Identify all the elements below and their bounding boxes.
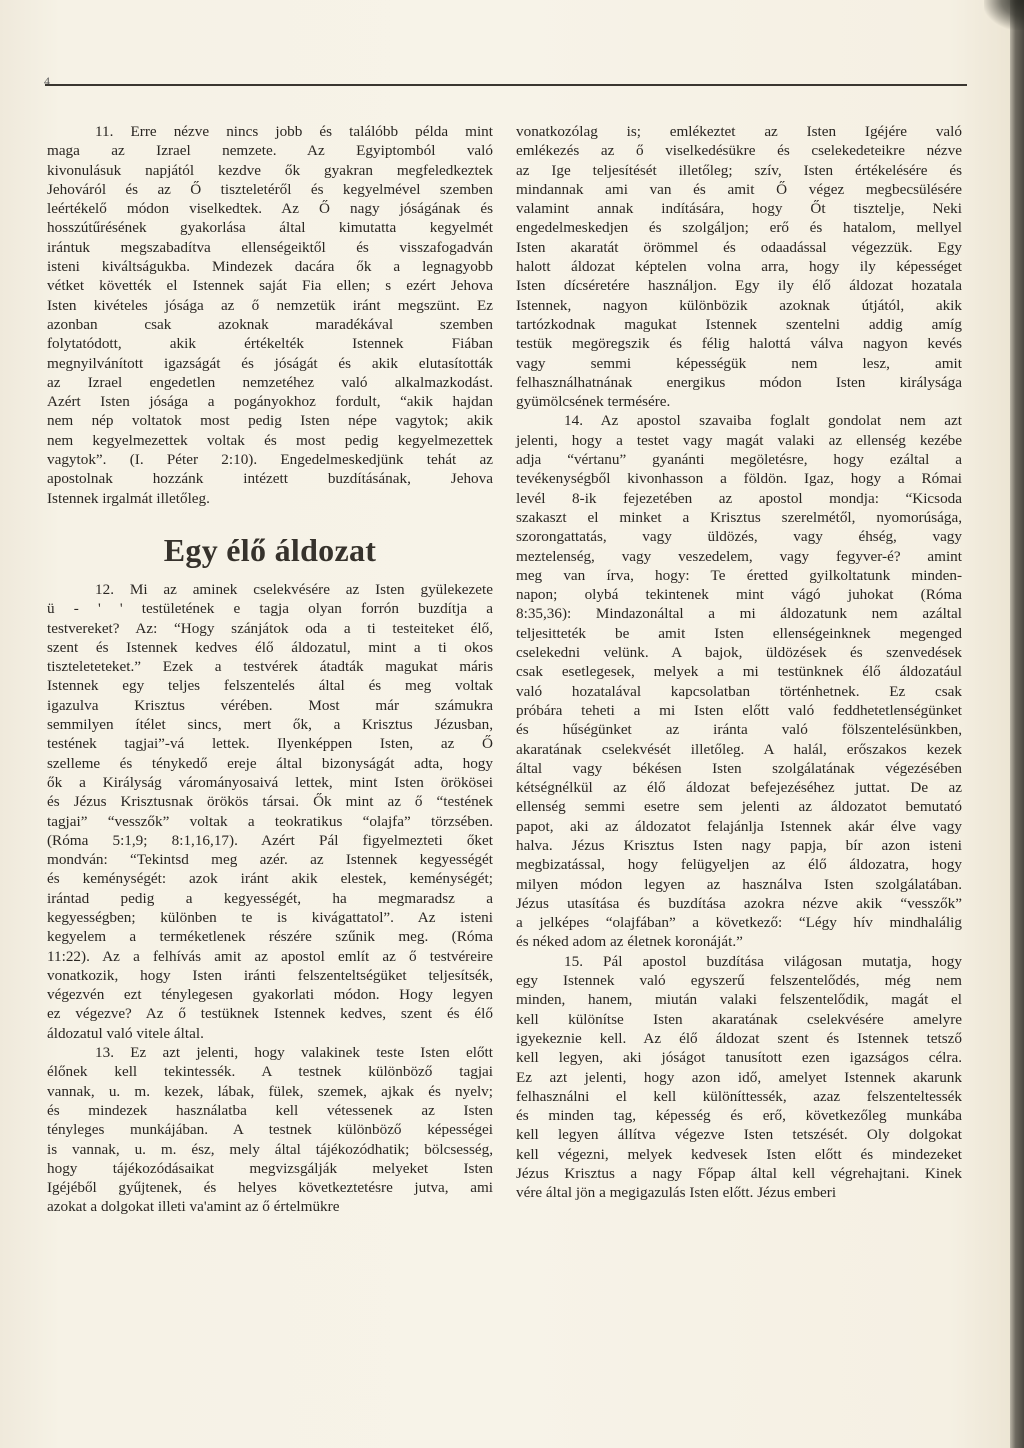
text-line: hogy tájékozódásaikat megvizsgálják mely… [47,1159,493,1178]
text-line: tartózkodnak magukat Istennek szentelni … [516,315,962,334]
text-line: Isten kivételes jósága az ő nemzetük irá… [47,296,493,315]
text-line: egy Istennek való egyszerű felszentelődé… [516,971,962,990]
text-line: tevékenységből kivonhasson a földön. Iga… [516,469,962,488]
text-line: 14. Az apostol szavaiba foglalt gondolat… [516,411,962,430]
text-line: ü - ' ' testületének e tagja olyan forró… [47,599,493,618]
text-line: leértékelő módon viselkedtek. Az Ő nagy … [47,199,493,218]
text-line: halva. Jézus Krisztus Isten nagy papja, … [516,836,962,855]
text-line: Istennek irgalmát illetőleg. [47,489,493,508]
text-line: azokat a dolgokat illeti va'amint az ő é… [47,1197,493,1216]
text-line: kell legyen, aki jóságot tanusított ezen… [516,1048,962,1067]
text-line: kell végezni, melyek kedvesek Isten előt… [516,1145,962,1164]
text-line: gyümölcsének termésére. [516,392,962,411]
text-line: kegyelem a terméketlenek részére szűnik … [47,927,493,946]
text-line: kell különítse Isten akaratának cselekvé… [516,1010,962,1029]
text-line: kegyességben; különben te is kivágattato… [47,908,493,927]
text-line: ellenség semmi esetre sem jelenti az áld… [516,797,962,816]
text-line: azonban csak azoknak maradékával szemben [47,315,493,334]
text-line: maga az Izrael nemzete. Az Egyiptomból v… [47,141,493,160]
text-line: tagjai” “vesszők” voltak a teokratikus “… [47,812,493,831]
text-line: és mindezek használatba kell vétessenek … [47,1101,493,1120]
text-line: minden, hanem, miután valaki felszentelő… [516,990,962,1009]
left-column: 11. Erre nézve nincs jobb és találóbb pé… [47,122,493,1217]
text-line: szorongattatás, vagy üldözés, vagy éhség… [516,527,962,546]
text-line: és Jézus Krisztusnak örökös társai. Ők m… [47,792,493,811]
paragraph-12: 12. Mi az aminek cselekvésére az Isten g… [47,580,493,1043]
text-line: az Izrael engedetlen nemzetéhez való alk… [47,373,493,392]
text-line: (Róma 5:1,9; 8:1,16,17). Azért Pál figye… [47,831,493,850]
text-line: hosszútűrésének gyakorlása által kimutat… [47,218,493,237]
text-line: papot, aki az áldozatot felajánlja Isten… [516,817,962,836]
corner-shadow [984,0,1024,30]
text-line: megbizatással, hogy felügyeljen az élő á… [516,855,962,874]
text-line: által vagy békésen Isten szolgálatának v… [516,759,962,778]
text-line: végezvén ezt ténylegesen gyakorlati módo… [47,985,493,1004]
paragraph-14: 14. Az apostol szavaiba foglalt gondolat… [516,411,962,951]
text-line: meztelenség, vagy veszedelem, vagy fegyv… [516,547,962,566]
text-line: nem kegyelmezettek voltak és most pedig … [47,431,493,450]
text-line: semmilyen ítélet sincs, mert ők, a Krisz… [47,715,493,734]
page-edge-shadow [1010,0,1024,1448]
text-line: próbára teheti a mi Isten előtt való fed… [516,701,962,720]
text-line: levél 8-ik fejezetében az apostol mondja… [516,489,962,508]
text-line: szent és Istennek kedves élő áldozatul, … [47,638,493,657]
text-line: és minden tag, képesség és erő, következ… [516,1106,962,1125]
text-line: igazulva Krisztus vérében. Most már szám… [47,696,493,715]
text-line: 13. Ez azt jelenti, hogy valakinek teste… [47,1043,493,1062]
text-line: testvereket? Az: “Hogy szánjátok oda a t… [47,619,493,638]
text-line: az Ige teljesítését illetőleg; szív, Ist… [516,161,962,180]
paragraph-13: 13. Ez azt jelenti, hogy valakinek teste… [47,1043,493,1217]
text-line: engedelmeskedjen és szolgáljon; erő és h… [516,218,962,237]
text-line: élőnek kell tekintessék. A testnek külön… [47,1062,493,1081]
section-heading: Egy élő áldozat [47,530,493,570]
text-line: megnyilvánított igazságát és jóságát és … [47,354,493,373]
text-line: vétket követték el Istennek saját Fia el… [47,276,493,295]
text-line: teljesitteték be amit Isten ellenségeink… [516,624,962,643]
text-line: Istennek egy teljes felszentelés által é… [47,676,493,695]
text-line: 15. Pál apostol buzdítása világosan muta… [516,952,962,971]
scanned-page: 4 11. Erre nézve nincs jobb és találóbb … [0,0,1010,1448]
paragraph-11: 11. Erre nézve nincs jobb és találóbb pé… [47,122,493,508]
text-line: napon; olybá tekintenek mint vágó juhoka… [516,585,962,604]
text-line: akaratának cselekvését illetőleg. A halá… [516,740,962,759]
paragraph-15: 15. Pál apostol buzdítása világosan muta… [516,952,962,1203]
text-line: mondván: “Tekintsd meg azér. az Istennek… [47,850,493,869]
text-line: Azért Isten jósága a pogányokhoz fordult… [47,392,493,411]
text-line: Istennek, nagyon különbözik azoknak útjá… [516,296,962,315]
text-line: a jelképes “olajfában” a következő: “Lég… [516,913,962,932]
paragraph-13-continued: vonatkozólag is; emlékeztet az Isten Igé… [516,122,962,411]
text-line: mindannak ami van és amit Ő végez megbec… [516,180,962,199]
text-line: testük megöregszik és félig halottá válv… [516,334,962,353]
text-line: 8:35,36): Mindazonáltal a mi áldozatunk … [516,604,962,623]
text-line: kell legyen állítva végezve Isten tetszé… [516,1125,962,1144]
text-line: meg van írva, hogy: Te éretted gyilkolta… [516,566,962,585]
text-line: Jézus Krisztus a nagy Főpap által kell v… [516,1164,962,1183]
text-line: adja “vértanu” gyanánti megöletésre, hog… [516,450,962,469]
text-line: 12. Mi az aminek cselekvésére az Isten g… [47,580,493,599]
text-line: emlékezés az ő viselkedésükre és cseleke… [516,141,962,160]
text-line: igyekeznie kell. Az élő áldozat szent és… [516,1029,962,1048]
text-line: és keménységét: azok iránt akik elestek,… [47,869,493,888]
text-line: felhasználni el kell különíttessék, azaz… [516,1087,962,1106]
text-line: Jehováról és az Ő tiszteletéről és kegye… [47,180,493,199]
text-line: Jézus utasítása és buzdítása azokra nézv… [516,894,962,913]
text-line: tiszteleteteket.” Ezek a testvérek átadt… [47,657,493,676]
text-line: Igéjéből gyűjtenek, és helyes következte… [47,1178,493,1197]
header-rule [45,84,967,86]
text-line: és néked adom az életnek koronáját.” [516,932,962,951]
text-line: Ez azt jelenti, hogy azon idő, amelyet I… [516,1068,962,1087]
right-column: vonatkozólag is; emlékeztet az Isten Igé… [516,122,962,1203]
text-line: halott áldozat képtelen volna arra, hogy… [516,257,962,276]
text-line: Isten akaratát örömmel és odaadással vég… [516,238,962,257]
folio-mark: 4 [44,74,50,89]
text-line: vagytok”. (I. Péter 2:10). Engedelmesked… [47,450,493,469]
text-line: folytatódott, akik értékelték Istennek F… [47,334,493,353]
text-line: valamint annak indítására, hogy Őt tiszt… [516,199,962,218]
text-line: isteni kiváltságukba. Mindezek dacára ők… [47,257,493,276]
text-line: vagy semmi képességük nem lesz, amit [516,354,962,373]
text-line: irántad pedig a kegyességét, ha megmarad… [47,889,493,908]
text-line: apostolnak hozzánk intézett buzdításának… [47,469,493,488]
text-line: tényleges munkájában. A testnek különböz… [47,1120,493,1139]
text-line: 11. Erre nézve nincs jobb és találóbb pé… [47,122,493,141]
text-line: való hozatalával kapcsolatban történhetn… [516,682,962,701]
text-line: és hűségünket az iránta való fölszentelé… [516,720,962,739]
text-line: vonatkozik, hogy Isten iránti felszentel… [47,966,493,985]
text-line: vannak, u. m. kezek, lábak, fülek, szeme… [47,1082,493,1101]
text-line: vonatkozólag is; emlékeztet az Isten Igé… [516,122,962,141]
text-line: jelenti, hogy a testet vagy magát valaki… [516,431,962,450]
text-line: kivonulásuk napjától kezdve ők gyakran m… [47,161,493,180]
text-line: szelleme és ténykedő ereje által bizonys… [47,754,493,773]
text-line: 11:22). Az a felhívás amit az apostol em… [47,947,493,966]
text-line: szakaszt el minket a Krisztus szerelmétő… [516,508,962,527]
text-line: nem nép voltatok most pedig Isten népe v… [47,411,493,430]
text-line: testének tagjai”-vá lettek. Ilyenképpen … [47,734,493,753]
text-line: irántuk megszabadítva ellenségeiktől és … [47,238,493,257]
text-line: vére által jön a megigazulás Isten előtt… [516,1183,962,1202]
text-line: csak esetlegesek, melyek a mi testünknek… [516,662,962,681]
text-line: felhasználhatnának energikus módon Isten… [516,373,962,392]
text-line: Isten dícséretére használjon. Egy ily él… [516,276,962,295]
text-line: cselekedni velünk. A bajok, üldözések és… [516,643,962,662]
text-line: milyen módon legyen az használva Isten s… [516,875,962,894]
text-line: ők a Királyság várományosaivá lettek, mi… [47,773,493,792]
text-line: ez végezve? Az ő testüknek Istennek kedv… [47,1004,493,1023]
text-line: is vannak, u. m. ész, mely által tájékoz… [47,1140,493,1159]
text-line: kétségnélkül az élő áldozat befejezéséhe… [516,778,962,797]
text-line: áldozatul való vitele által. [47,1024,493,1043]
